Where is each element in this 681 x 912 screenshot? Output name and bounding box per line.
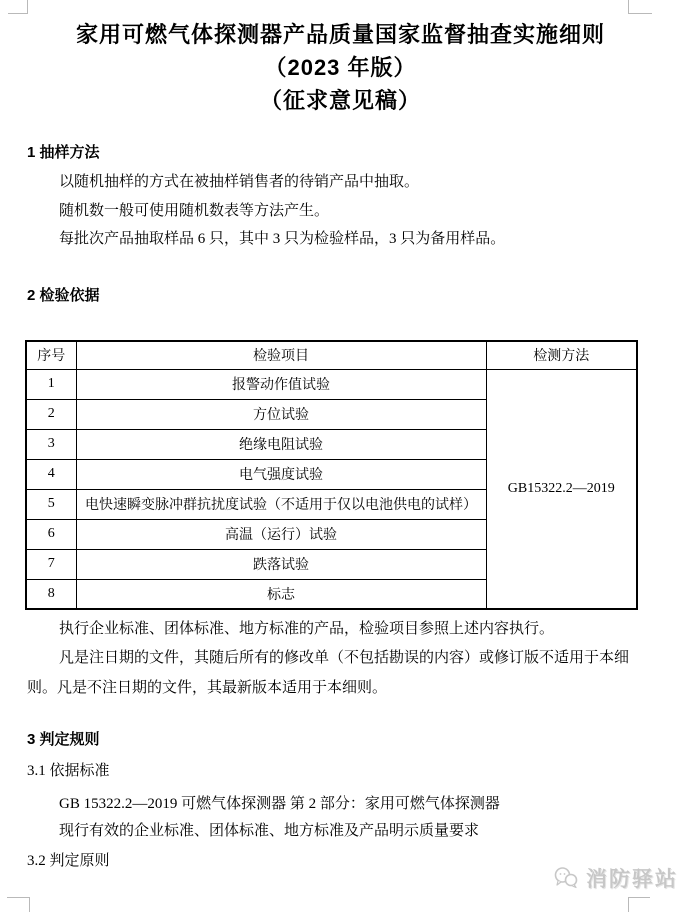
table-header-row: 序号 检验项目 检测方法 [26,341,637,369]
table-row: 1 报警动作值试验 GB15322.2—2019 [26,369,637,399]
row-item: 高温（运行）试验 [76,519,486,549]
row-no: 6 [26,519,76,549]
text-boundary-mark-top-left [8,0,28,14]
document-title-line2: （2023 年版） [0,51,681,84]
row-no: 7 [26,549,76,579]
row-item: 电快速瞬变脉冲群抗扰度试验（不适用于仅以电池供电的试样） [76,489,486,519]
row-no: 3 [26,429,76,459]
section1-paragraph-1: 以随机抽样的方式在被抽样销售者的待销产品中抽取。 [59,173,419,191]
method-cell: GB15322.2—2019 [486,369,637,609]
row-no: 1 [26,369,76,399]
document-title-line3: （征求意见稿） [0,84,681,117]
table-header-no: 序号 [26,341,76,369]
section3-1-paragraph-1: GB 15322.2—2019 可燃气体探测器 第 2 部分：家用可燃气体探测器 [59,795,500,813]
row-no: 2 [26,399,76,429]
section2-paragraph-2: 凡是注日期的文件，其随后所有的修改单（不包括勘误的内容）或修订版不适用于本细则。… [27,643,639,703]
fire-station-logo-icon [553,865,580,892]
section1-paragraph-2: 随机数一般可使用随机数表等方法产生。 [59,202,329,220]
inspection-items-table: 序号 检验项目 检测方法 1 报警动作值试验 GB15322.2—2019 2 … [25,340,638,610]
row-no: 5 [26,489,76,519]
table-header-item: 检验项目 [76,341,486,369]
section3-2-heading: 3.2 判定原则 [27,853,110,870]
document-title-line1: 家用可燃气体探测器产品质量国家监督抽查实施细则 [0,18,681,51]
watermark: 消防驿站 [553,863,678,893]
watermark-text: 消防驿站 [586,863,678,893]
text-boundary-mark-bottom-left [7,897,30,912]
row-no: 4 [26,459,76,489]
section1-paragraph-3: 每批次产品抽取样品 6 只，其中 3 只为检验样品，3 只为备用样品。 [59,230,505,248]
row-item: 电气强度试验 [76,459,486,489]
table-header-method: 检测方法 [486,341,637,369]
section1-heading: 1 抽样方法 [27,144,100,161]
row-no: 8 [26,579,76,609]
section2-heading: 2 检验依据 [27,287,100,304]
section3-1-paragraph-2: 现行有效的企业标准、团体标准、地方标准及产品明示质量要求 [59,822,479,840]
document-page: { "title": { "line1": "家用可燃气体探测器产品质量国家监督… [0,0,681,912]
row-item: 跌落试验 [76,549,486,579]
row-item: 报警动作值试验 [76,369,486,399]
text-boundary-mark-bottom-right [628,897,650,912]
document-title: 家用可燃气体探测器产品质量国家监督抽查实施细则 （2023 年版） （征求意见稿… [0,18,681,117]
row-item: 方位试验 [76,399,486,429]
section3-heading: 3 判定规则 [27,731,100,748]
row-item: 标志 [76,579,486,609]
text-boundary-mark-top-right [628,0,652,14]
row-item: 绝缘电阻试验 [76,429,486,459]
section2-paragraph-1: 执行企业标准、团体标准、地方标准的产品，检验项目参照上述内容执行。 [27,614,639,644]
section3-1-heading: 3.1 依据标准 [27,763,110,780]
